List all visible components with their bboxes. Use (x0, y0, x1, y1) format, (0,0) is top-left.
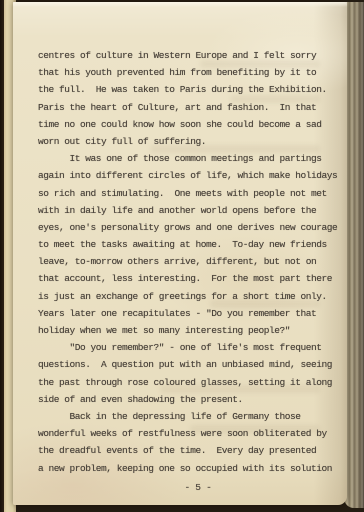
text-line: worn out city full of suffering. (38, 133, 340, 150)
text-line: the past through rose coloured glasses, … (38, 374, 340, 391)
book-spine-shadow (0, 0, 4, 512)
text-line: Paris the heart of Culture, art and fash… (38, 99, 340, 116)
text-line: questions. A question put with an unbias… (38, 356, 340, 373)
text-line: holiday when we met so many interesting … (38, 322, 340, 339)
text-line: that account, less interesting. For the … (38, 270, 340, 287)
text-line: It was one of those common meetings and … (38, 150, 340, 167)
text-line: so rich and stimulating. One meets with … (38, 185, 340, 202)
text-line: side of and even shadowing the present. (38, 391, 340, 408)
text-line: Back in the depressing life of Germany t… (38, 408, 340, 425)
text-line: time no one could know how soon she coul… (38, 116, 340, 133)
text-line: the dreadful events of the time. Every d… (38, 442, 340, 459)
text-line: a new problem, keeping one so occupied w… (38, 460, 340, 477)
page-number: - 5 - (38, 482, 358, 493)
text-line: "Do you remember?" - one of life's most … (38, 339, 340, 356)
book-page-edges (344, 2, 364, 508)
text-line: that his youth prevented him from benefi… (38, 64, 340, 81)
text-line: again into different circles of life, wh… (38, 167, 340, 184)
book-scan: centres of culture in Western Europe and… (0, 0, 364, 512)
text-line: leave, to-morrow others arrive, differen… (38, 253, 340, 270)
text-line: eyes, one's personality grows and one de… (38, 219, 340, 236)
text-line: is just an exchange of greetings for a s… (38, 288, 340, 305)
text-line: to meet the tasks awaiting at home. To-d… (38, 236, 340, 253)
text-line: with in daily life and another world ope… (38, 202, 340, 219)
typewritten-text: centres of culture in Western Europe and… (38, 47, 340, 477)
text-line: the full. He was taken to Paris during t… (38, 81, 340, 98)
text-line: wonderful weeks of restfulness were soon… (38, 425, 340, 442)
text-line: Years later one recapitulates - "Do you … (38, 305, 340, 322)
text-line: centres of culture in Western Europe and… (38, 47, 340, 64)
